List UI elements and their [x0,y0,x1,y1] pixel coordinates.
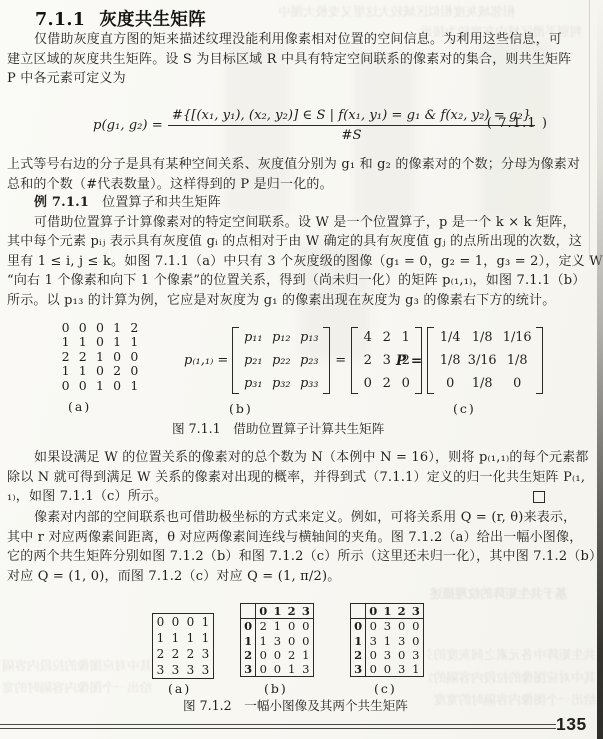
matrix-cell: 2 [358,353,377,368]
fig711-sublabel-c: (c) [453,401,476,416]
matrix-cell [351,604,366,618]
matrix-cell: 1 [299,648,313,662]
matrix-cell: 3 [270,634,284,648]
text-line: 其中 r 对应两像素间距离，θ 对应两像素间连线与横轴间的夹角。图 7.1.2（… [7,528,587,548]
matrix-row: 02100 [241,619,313,633]
section-heading: 7.1.1灰度共生矩阵 [35,6,206,31]
matrix-cell: 0 [109,379,126,393]
page-edge-line [589,0,590,260]
end-of-example-icon [533,491,545,503]
text-line: 可借助位置算子计算像素对的特定空间联系。设 W 是一个位置算子，p 是一个 k … [7,213,587,233]
matrix-cell: 0 [409,619,423,633]
matrix-cell: p₂₁ [239,353,267,368]
matrix-cell: 0 [351,619,366,633]
matrix-cell: p₁₂ [267,330,295,345]
matrix-row: 11011 [57,335,143,349]
matrix-row: 11020 [57,364,143,378]
matrix-cell: 0 [126,350,143,364]
matrix-row: 2223 [153,646,213,662]
matrix-cell: 2 [256,619,270,633]
matrix-cell: 1 [256,634,270,648]
example-block: 例 7.1.1位置算子和共生矩阵 可借助位置算子计算像素对的特定空间联系。设 W… [7,193,587,310]
left-bracket [427,327,434,394]
matrix-cell: 0 [91,321,108,335]
matrix-cell: 0 [91,364,108,378]
matrix-cell: 3 [241,662,256,676]
matrix-cell: 2 [377,330,396,345]
text-line: 所示。以 p₁₃ 的计算为例，它应是对灰度为 g₁ 的像素出现在灰度为 g₃ 的… [7,291,587,311]
bleedthrough-text: 基于共生矩阵的纹理描述 [430,584,568,602]
matrix-cell: 1 [285,662,299,676]
matrix-cell: 0 [366,662,380,676]
matrix-cell: 0 [57,379,74,393]
matrix-row: 0123 [351,604,423,619]
matrix-cell: 1 [91,350,108,364]
normalized-matrix: 1/41/81/161/83/161/801/80 [427,326,543,395]
matrix-cell: 0 [366,648,380,662]
matrix-cell: 0 [91,335,108,349]
matrix-cell: 2 [57,350,74,364]
matrix-row: p₁₁p₁₂p₁₃ [239,326,323,349]
symbolic-matrix: p₁₁p₁₂p₁₃p₂₁p₂₂p₂₃p₃₁p₃₂p₃₃ [232,326,330,395]
bleedthrough-text: 其中对应图像的拉段内容隔的定值 [428,668,596,686]
text-line: ₁₎，如图 7.1.1（c）所示。 [7,487,587,507]
text-line: 上式等号右边的分子是具有某种空间关系、灰度值分别为 g₁ 和 g₂ 的像素对的个… [7,155,587,175]
matrix-cell: p₃₁ [239,376,267,391]
fig711-caption: 图 7.1.1 借助位置算子计算共生矩阵 [172,418,384,437]
textbook-page: 相邻域灰度相似区域较大这里又变极大图中 判别平滑区域内灰度较为接近 基于共生矩阵… [0,0,603,739]
matrix-cell: 0 [285,619,299,633]
matrix-cell: 3 [198,646,213,662]
matrix-cell: 1 [270,619,284,633]
text-line: 其中每个元素 pᵢⱼ 表示具有灰度值 gᵢ 的点相对于由 W 确定的具有灰度值 … [7,232,587,252]
matrix-cell: 3 [299,604,313,618]
matrix-cell: 2 [377,376,396,391]
matrix-cell: 1 [91,379,108,393]
matrix-cell: 1 [409,662,423,676]
normalization-paragraph: 如果设满足 W 的位置关系的像素对的总个数为 N（本例中 N = 16），则将 … [7,448,587,507]
matrix-cell: 3 [395,634,409,648]
matrix-cell: 1/8 [498,353,536,368]
matrix-cell: 0 [380,662,394,676]
matrix-cell: 3 [168,662,183,678]
matrix-row: 00300 [351,619,423,633]
matrix-cell: 1 [270,604,284,618]
matrix-cell: 1/8 [466,330,498,345]
matrix-cell: 0 [299,634,313,648]
matrix-row: 20303 [351,648,423,662]
matrix-row: 30013 [241,662,313,676]
after-equation-paragraph: 上式等号右边的分子是具有某种空间关系、灰度值分别为 g₁ 和 g₂ 的像素对的个… [7,155,587,194]
fig712-cooccurrence-b: 012302100113002002130013 [240,603,314,677]
matrix-cell: p₂₃ [295,353,323,368]
bleedthrough-text: 相邻域灰度相似区域较大这里又变极大图中 [278,2,516,20]
matrix-cell: p₁₃ [295,330,323,345]
matrix-cell: 0 [366,604,380,618]
equation-number: ( 7.1.1 ) [487,116,548,131]
bleedthrough-text: 共生矩阵中各元素之间灰度的关系 [428,645,596,663]
matrix-cell: 0 [74,321,91,335]
matrix-cell: 0 [270,648,284,662]
matrix-cell: 4 [358,330,377,345]
fig712-sublabel-c: (c) [374,681,397,696]
left-bracket [351,327,358,394]
footer-rule [0,724,556,729]
matrix-cell: 3 [409,604,423,618]
matrix-cell: 2 [126,321,143,335]
matrix-cell: 3 [366,634,380,648]
example-heading: 例 7.1.1位置算子和共生矩阵 [7,193,587,213]
text-line: 除以 N 就可得到满足 W 关系的像素对出现的概率，并得到式（7.1.1）定义的… [7,468,587,488]
matrix-cell: 0 [358,376,377,391]
matrix-cell: 3 [380,619,394,633]
matrix-cell: 2 [153,646,168,662]
matrix-cell: 1 [74,364,91,378]
fig711-P-matrix: P = 1/41/81/161/83/161/801/80 [396,326,543,395]
fig711-p-matrix: p₍₁,₁₎ = p₁₁p₁₂p₁₃p₂₁p₂₂p₂₃p₃₁p₃₂p₃₃ = 4… [184,326,422,395]
matrix-cell: 1 [380,634,394,648]
matrix-row: 22100 [57,350,143,364]
matrix-cell: 0 [153,614,168,630]
matrix-cell: 1 [183,630,198,646]
matrix-row: 01/80 [434,372,536,395]
text-line: 仅借助灰度直方图的矩来描述纹理没能利用像素相对位置的空间信息。为利用这些信息，可 [7,30,587,50]
matrix-cell: 1 [126,379,143,393]
equation-lhs: p(g₁, g₂) = [93,118,163,133]
fig711-image-matrix: 0001211011221001102000101 [57,321,143,393]
matrix-cell: 0 [395,619,409,633]
matrix-cell: 0 [285,634,299,648]
matrix-cell: 1/8 [434,353,466,368]
matrix-cell: 1/4 [434,330,466,345]
fig712-sublabel-b: (b) [264,681,288,696]
fraction-denominator: #S [168,126,535,143]
matrix-cell: 1 [351,634,366,648]
matrix-cell: 1 [126,335,143,349]
matrix-cell: 0 [109,350,126,364]
text-line: 对应 Q = (1, 0)，而图 7.1.2（c）对应 Q = (1, π/2)… [7,567,587,587]
matrix-cell: 3 [153,662,168,678]
section-number: 7.1.1 [35,10,85,30]
matrix-cell: 3/16 [466,353,498,368]
matrix-cell: 1 [57,335,74,349]
polar-paragraph: 像素对内部的空间联系也可借助极坐标的方式来定义。例如，可将关系用 Q = (r,… [7,508,587,586]
matrix-cell: 0 [57,321,74,335]
matrix-cell: 3 [183,662,198,678]
matrix-cell: 2 [183,646,198,662]
text-line: P 中各元素可定义为 [7,69,587,89]
matrix-cell: 0 [270,662,284,676]
matrix-cell: 2 [285,604,299,618]
fig711-sublabel-a: (a) [68,399,91,414]
matrix-cell: 1 [109,335,126,349]
matrix-row: 3333 [153,662,213,678]
matrix-cell: 1 [198,630,213,646]
text-line: 像素对内部的空间联系也可借助极坐标的方式来定义。例如，可将关系用 Q = (r,… [7,508,587,528]
matrix-cell: 0 [299,619,313,633]
matrix-cell: p₃₃ [295,376,323,391]
fig712-sublabel-a: (a) [168,681,191,696]
page-edge-shadow [597,0,603,739]
matrix-cell: 2 [109,364,126,378]
matrix-cell: 2 [241,648,256,662]
matrix-cell: 0 [434,376,466,391]
matrix-cell: 1 [74,335,91,349]
matrix-cell: 0 [126,364,143,378]
matrix-row: p₃₁p₃₂p₃₃ [239,372,323,395]
intro-paragraph: 仅借助灰度直方图的矩来描述纹理没能利用像素相对位置的空间信息。为利用这些信息，可… [7,30,587,89]
matrix-cell: 2 [168,646,183,662]
matrix-cell: p₃₂ [267,376,295,391]
matrix-row: 20021 [241,648,313,662]
matrix-cell: 3 [198,662,213,678]
fig712-cooccurrence-c: 012300300131302030330031 [350,603,424,677]
matrix-cell: 2 [285,648,299,662]
fig712-image-table: 0001111122233333 [152,613,214,679]
matrix-body: 1/41/81/161/83/161/801/80 [434,326,536,395]
matrix-row: 00012 [57,321,143,335]
matrix-row: 1111 [153,630,213,646]
matrix-cell: 3 [380,648,394,662]
matrix-cell: 1/16 [498,330,536,345]
matrix-cell: 0 [409,634,423,648]
example-label: 例 7.1.1 [34,195,89,210]
matrix-cell [241,604,256,618]
matrix-row: 13130 [351,634,423,648]
matrix-cell: 0 [241,619,256,633]
matrix-cell: 2 [351,648,366,662]
matrix-row: 1/83/161/8 [434,349,536,372]
matrix-cell: 1 [380,604,394,618]
matrix-cell: p₁₁ [239,330,267,345]
matrix-cell: 3 [299,662,313,676]
equation-7-1-1: p(g₁, g₂) = #{[(x₁, y₁), (x₂, y₂)] ∈ S |… [7,103,578,147]
matrix-cell: 0 [183,614,198,630]
equals-sign: = [335,353,346,368]
matrix-cell: p₂₂ [267,353,295,368]
matrix-cell: 1 [168,630,183,646]
matrix-cell: 0 [366,619,380,633]
matrix-cell: 0 [256,648,270,662]
fig712-caption: 图 7.1.2 一幅小图像及其两个共生矩阵 [183,695,408,714]
page-number: 135 [556,714,587,735]
matrix-cell: 1 [109,321,126,335]
p11-label: p₍₁,₁₎ = [184,353,228,368]
fraction: #{[(x₁, y₁), (x₂, y₂)] ∈ S | f(x₁, y₁) =… [168,108,535,143]
matrix-cell: 1 [153,630,168,646]
bleedthrough-text: 给出一个图像内容隔时的宽度 [428,690,596,708]
matrix-cell: 0 [74,379,91,393]
example-title: 位置算子和共生矩阵 [102,195,221,210]
matrix-cell: 0 [498,376,536,391]
matrix-row: 1/41/81/16 [434,326,536,349]
text-line: 它的两个共生矩阵分别如图 7.1.2（b）和图 7.1.2（c）所示（这里还未归… [7,547,587,567]
text-line: 总和的个数（#代表数量）。这样得到的 P 是归一化的。 [7,175,587,195]
matrix-cell: 1/8 [466,376,498,391]
matrix-row: 0001 [153,614,213,630]
matrix-cell: 0 [256,662,270,676]
matrix-cell: 1 [241,634,256,648]
matrix-cell: 0 [256,604,270,618]
P-label: P = [396,353,422,369]
matrix-row: 11300 [241,634,313,648]
fig711-sublabel-b: (b) [229,401,253,416]
matrix-cell: 2 [395,604,409,618]
matrix-cell: 3 [395,662,409,676]
text-line: 建立区域的灰度共生矩阵。设 S 为目标区域 R 中具有特定空间联系的像素对的集合… [7,50,587,70]
bleedthrough-text: 其中对应图像的拉段内容隔的定值 [2,656,152,674]
matrix-cell: 3 [409,648,423,662]
right-bracket [323,327,330,394]
text-line: 里有 1 ≤ i, j ≤ k。如图 7.1.1（a）中只有 3 个灰度级的图像… [7,252,587,272]
matrix-row: p₂₁p₂₂p₂₃ [239,349,323,372]
left-bracket [232,327,239,394]
bleedthrough-text: 给出一个图像内容隔时的宽度 [2,678,152,696]
matrix-cell: 3 [351,662,366,676]
matrix-row: 0123 [241,604,313,619]
fraction-numerator: #{[(x₁, y₁), (x₂, y₂)] ∈ S | f(x₁, y₁) =… [168,108,535,126]
matrix-cell: 0 [168,614,183,630]
matrix-row: 30031 [351,662,423,676]
matrix-cell: 2 [74,350,91,364]
matrix-cell: 1 [57,364,74,378]
matrix-cell: 0 [395,648,409,662]
matrix-row: 00101 [57,379,143,393]
right-bracket [536,327,543,394]
matrix-cell: 1 [198,614,213,630]
text-line: 如果设满足 W 的位置关系的像素对的总个数为 N（本例中 N = 16），则将 … [7,448,587,468]
matrix-cell: 3 [377,353,396,368]
matrix-body: p₁₁p₁₂p₁₃p₂₁p₂₂p₂₃p₃₁p₃₂p₃₃ [239,326,323,395]
text-line: “向右 1 个像素和向下 1 个像素”的位置关系，得到（尚未归一化）的矩阵 p₍… [7,271,587,291]
section-title: 灰度共生矩阵 [99,10,206,30]
